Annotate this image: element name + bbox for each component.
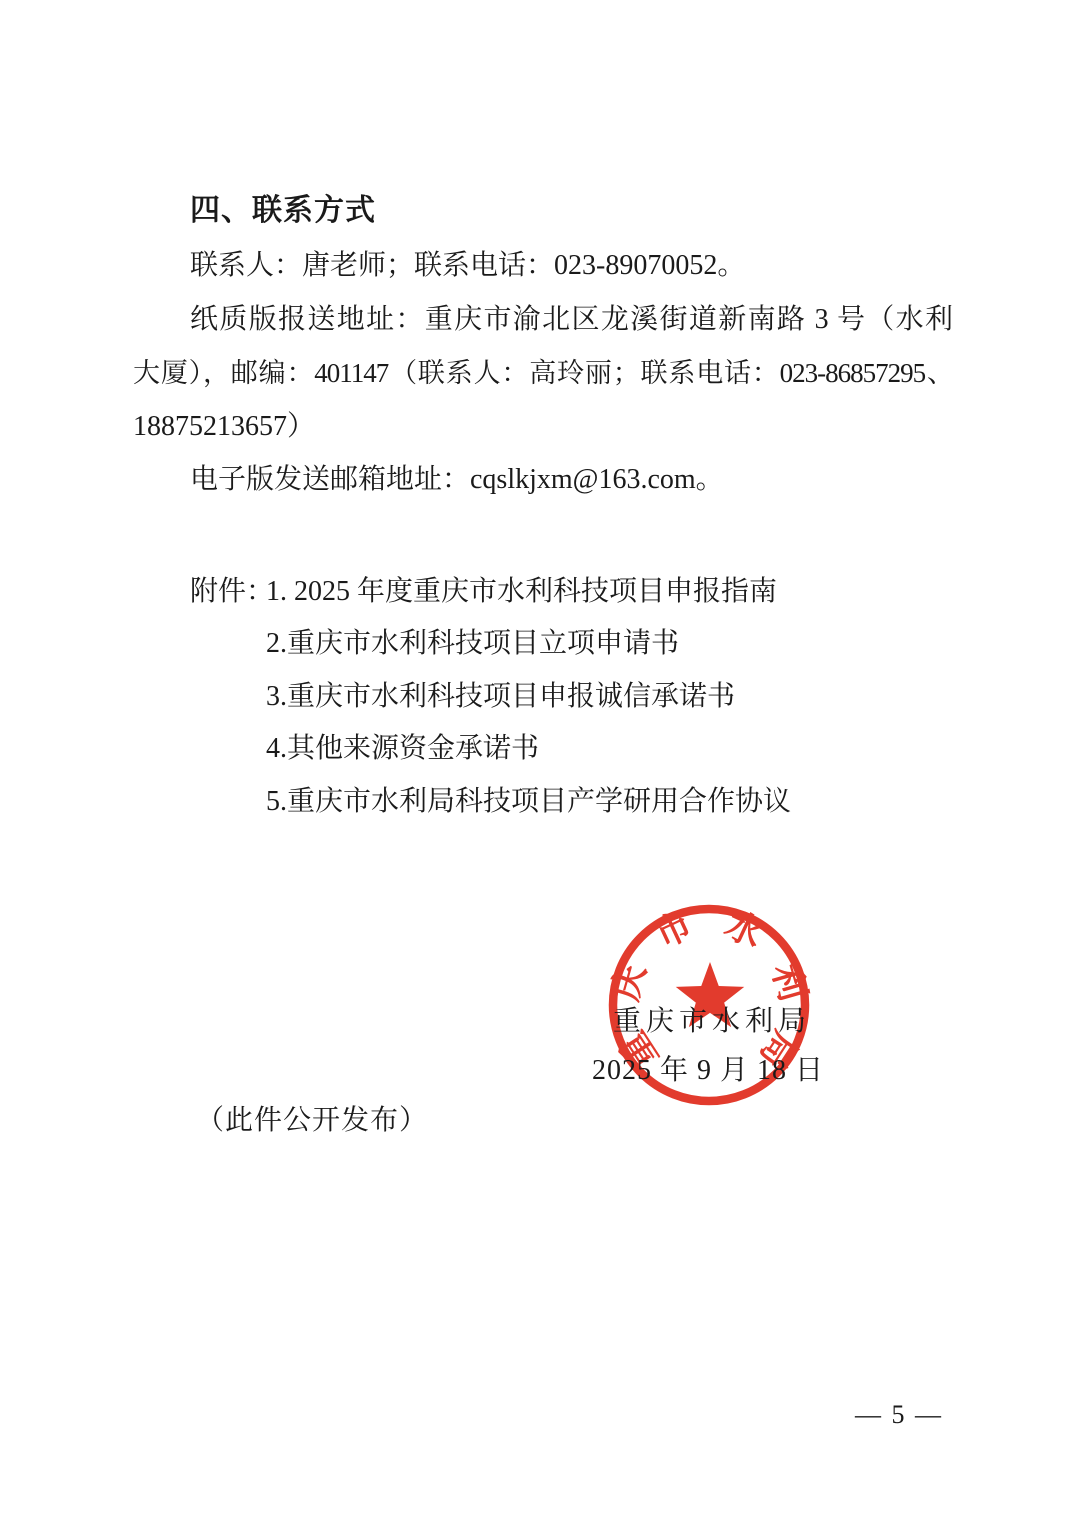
paper-address-line-3: 18875213657） [133, 410, 315, 444]
attachment-item: 1. 2025 年度重庆市水利科技项目申报指南 [266, 566, 791, 618]
paper-address-line-1: 纸质版报送地址：重庆市渝北区龙溪街道新南路 3 号（水利 [190, 303, 953, 337]
attachments-list: 1. 2025 年度重庆市水利科技项目申报指南 2.重庆市水利科技项目立项申请书… [266, 566, 791, 828]
attachment-item: 4.其他来源资金承诺书 [266, 723, 791, 775]
email-line: 电子版发送邮箱地址：cqslkjxm@163.com。 [190, 463, 724, 497]
public-release-note: （此件公开发布） [196, 1105, 428, 1137]
signature-date: 2025 年 9 月 18 日 [592, 1056, 824, 1086]
attachment-item: 3.重庆市水利科技项目申报诚信承诺书 [266, 671, 791, 723]
document-page: 四、联系方式 联系人：唐老师；联系电话：023-89070052。 纸质版报送地… [0, 0, 1074, 1520]
signature-organization: 重庆市水利局 [613, 1007, 811, 1037]
paper-address-line-2: 大厦），邮编：401147（联系人：高玲丽；联系电话：023-86857295、 [133, 356, 953, 390]
attachments-label: 附件： [190, 578, 274, 606]
attachment-item: 2.重庆市水利科技项目立项申请书 [266, 618, 791, 670]
attachment-item: 5.重庆市水利局科技项目产学研用合作协议 [266, 776, 791, 828]
contact-line: 联系人：唐老师；联系电话：023-89070052。 [190, 249, 960, 283]
page-number: — 5 — [855, 1400, 943, 1430]
section-heading: 四、联系方式 [190, 194, 376, 228]
